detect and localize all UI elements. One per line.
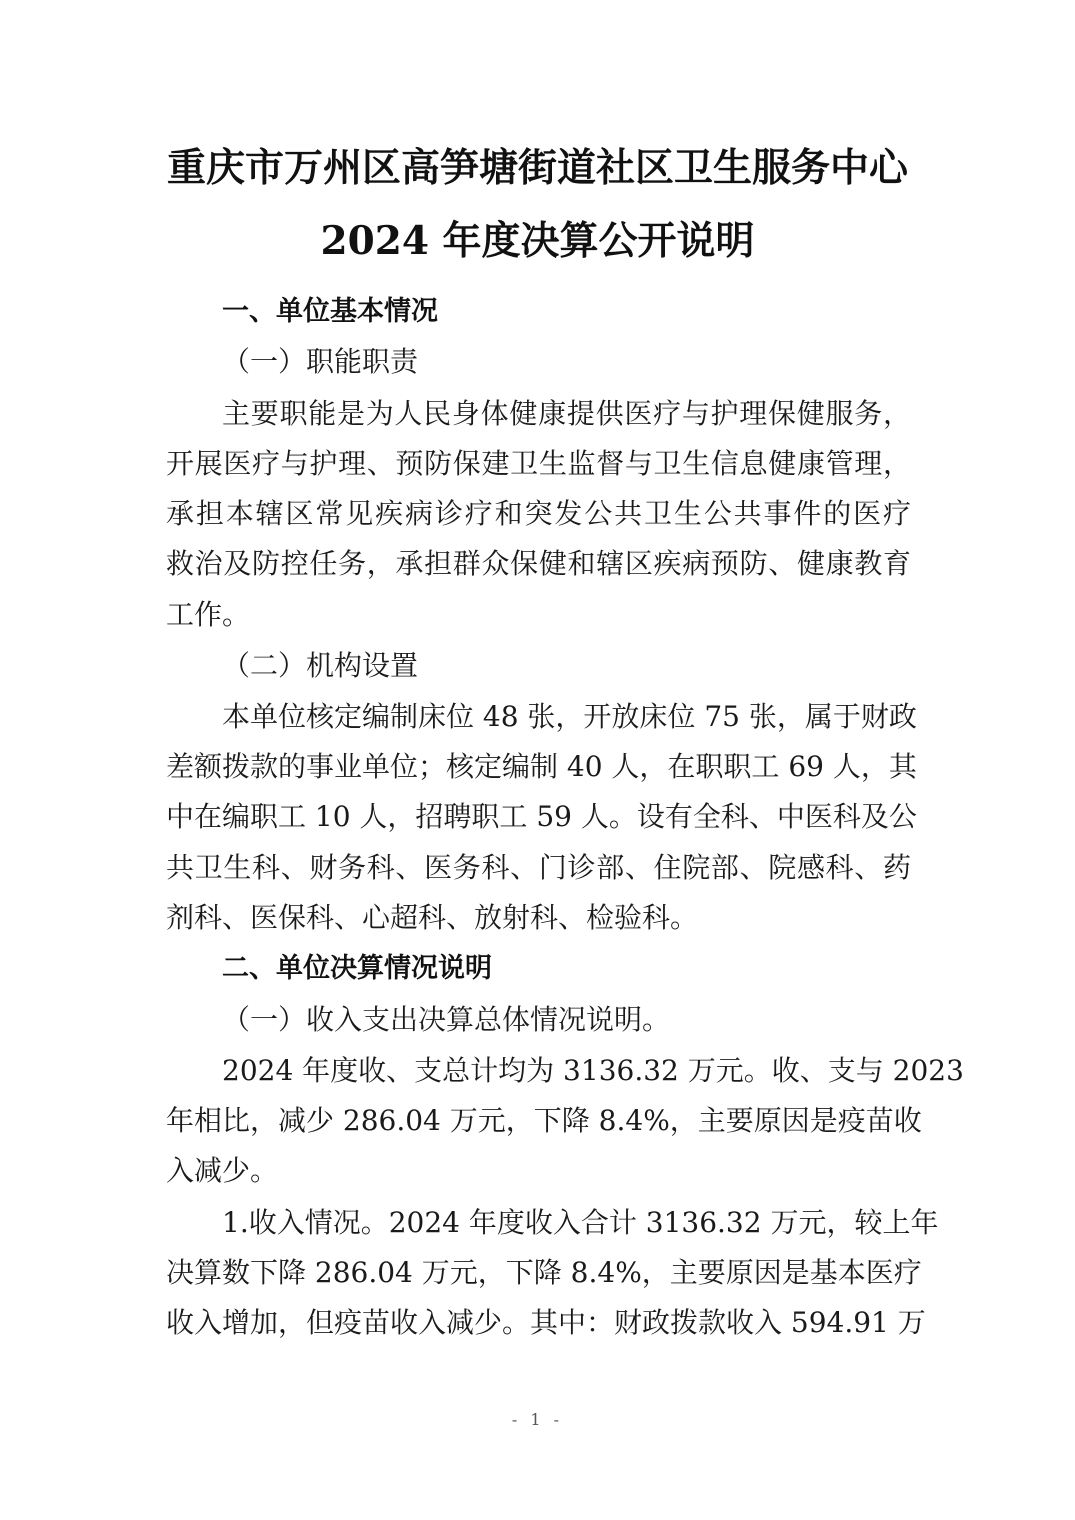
overview-paragraph-line-2: 年相比，减少 286.04 万元，下降 8.4%，主要原因是疫苗收	[166, 1103, 911, 1139]
section-1-subheading-organization: （二）机构设置	[222, 648, 911, 684]
organization-paragraph-line-2: 差额拨款的事业单位；核定编制 40 人，在职职工 69 人，其	[166, 749, 911, 785]
duties-paragraph-line-4: 救治及防控任务，承担群众保健和辖区疾病预防、健康教育	[166, 546, 911, 582]
overview-paragraph-line-1: 2024 年度收、支总计均为 3136.32 万元。收、支与 2023	[222, 1053, 911, 1089]
organization-paragraph-line-3: 中在编职工 10 人，招聘职工 59 人。设有全科、中医科及公	[166, 799, 911, 835]
duties-paragraph-line-1: 主要职能是为人民身体健康提供医疗与护理保健服务，	[222, 396, 911, 432]
organization-paragraph-line-1: 本单位核定编制床位 48 张，开放床位 75 张，属于财政	[222, 699, 911, 735]
document-page: 重庆市万州区高笋塘街道社区卫生服务中心 2024 年度决算公开说明 一、单位基本…	[0, 0, 1075, 1520]
section-1-subheading-duties: （一）职能职责	[222, 344, 911, 380]
income-paragraph-line-1: 1.收入情况。2024 年度收入合计 3136.32 万元，较上年	[222, 1205, 911, 1241]
page-number: - 1 -	[0, 1410, 1075, 1429]
income-paragraph-line-3: 收入增加，但疫苗收入减少。其中：财政拨款收入 594.91 万	[166, 1305, 911, 1341]
document-title-line-1: 重庆市万州区高笋塘街道社区卫生服务中心	[0, 137, 1075, 193]
income-paragraph-line-2: 决算数下降 286.04 万元，下降 8.4%，主要原因是基本医疗	[166, 1255, 911, 1291]
organization-paragraph-line-5: 剂科、医保科、心超科、放射科、检验科。	[166, 900, 911, 936]
section-2-heading: 二、单位决算情况说明	[222, 951, 911, 987]
document-title-line-2: 2024 年度决算公开说明	[0, 210, 1075, 266]
duties-paragraph-line-5: 工作。	[166, 597, 911, 633]
section-2-subheading-overview: （一）收入支出决算总体情况说明。	[222, 1002, 911, 1038]
overview-paragraph-line-3: 入减少。	[166, 1153, 911, 1189]
organization-paragraph-line-4: 共卫生科、财务科、医务科、门诊部、住院部、院感科、药	[166, 850, 911, 886]
duties-paragraph-line-2: 开展医疗与护理、预防保建卫生监督与卫生信息健康管理，	[166, 446, 911, 482]
section-1-heading: 一、单位基本情况	[222, 294, 911, 330]
duties-paragraph-line-3: 承担本辖区常见疾病诊疗和突发公共卫生公共事件的医疗	[166, 496, 911, 532]
